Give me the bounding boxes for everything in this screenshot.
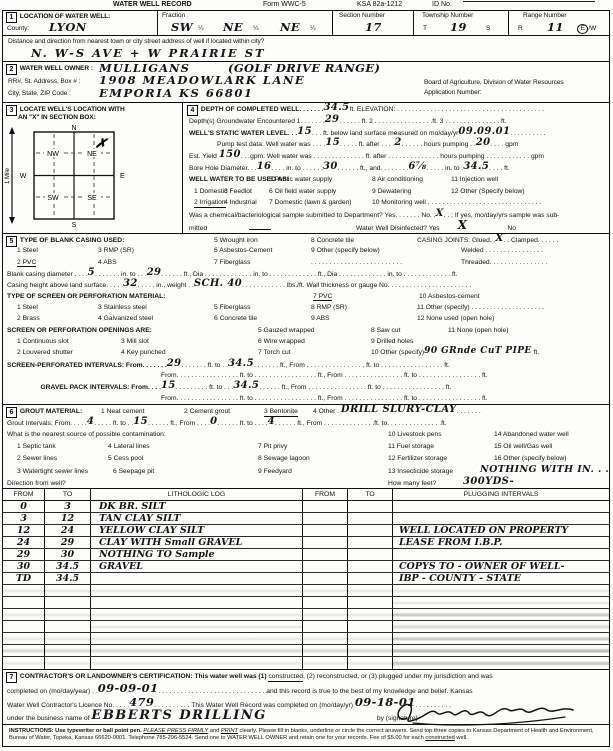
bore-to-2: 34.5 (463, 161, 489, 172)
sample-question-a: Was a chemical/bacteriological sample su… (189, 212, 436, 219)
row-7-plug: IBP - COUNTY - STATE (393, 573, 609, 584)
range-cell: Range Number R 11 E/W (509, 11, 609, 35)
bore-mid-3: . . . . . in. to . (427, 165, 464, 172)
use-option-6: 6 Oil field water supply (269, 186, 372, 198)
row-5-to: 30 (45, 549, 91, 560)
board-of-agriculture-text: Board of Agriculture, Division of Water … (424, 79, 564, 86)
pump-test-label: Pump test data: Well water was . . . . (217, 141, 325, 148)
contamination-option-11: 11 Fuel storage (388, 441, 494, 453)
pump-mid-2: . . . . . . hours pumping . . (402, 141, 476, 148)
grout-to-1: 15 (133, 416, 148, 427)
row-1-from: 0 (3, 501, 45, 512)
casing-diameter-label: Blank casing diameter . . . . (7, 271, 88, 278)
casing-joints-x: X (495, 233, 503, 244)
distance-row: Distance and direction from nearest town… (3, 35, 609, 61)
address-value: 1908 MEADOWLARK LANE (99, 73, 305, 87)
form-number: Form WWC-5 (263, 1, 306, 8)
casing-option-2-pvc-selected: 2 PVC (17, 259, 36, 268)
row-4-log: CLAY WITH Small GRAVEL (91, 537, 303, 548)
contamination-option-1: 1 Septic tank (17, 441, 108, 453)
row-2-pto (348, 513, 393, 524)
row-4-from: 24 (3, 537, 45, 548)
east-label: E (120, 173, 125, 180)
use-option-7: 7 Domestic (lawn & garden) (269, 197, 372, 209)
range-e-circled: E (577, 24, 588, 34)
grout-other-tail: . . . . . . . (457, 408, 481, 415)
certification-text-a: CONTRACTOR'S OR LANDOWNER'S CERTIFICATIO… (20, 673, 267, 680)
disinfected-yes-x: X (458, 218, 468, 232)
row-6-pto (348, 561, 393, 572)
log-row-6: 3034.5GRAVELCOPYS TO - OWNER OF WELL- (3, 561, 609, 573)
screen-option-6: 6 Concrete tile (214, 313, 311, 324)
screen-interval-to: 34.5 (228, 358, 254, 369)
section-5-casing: 5TYPE OF BLANK CASING USED:5 Wrought iro… (3, 233, 609, 404)
casing-diameter-tail: . . . . . . ft., Dia . . . . . . . . . .… (161, 271, 457, 278)
log-row-empty (3, 633, 609, 645)
est-yield-value: 150 (219, 149, 241, 160)
opening-option-7: 7 Torch cut (258, 347, 371, 358)
scanned-water-well-record: { "doc": { "title": "WATER WELL RECORD",… (0, 0, 613, 751)
screen-option-11: 11 Other (specify) . . . . . . . . . . .… (417, 302, 544, 313)
use-option-4: 4 Industrial (224, 197, 269, 209)
county-cell: 1LOCATION OF WATER WELL: County: LYON (3, 11, 158, 35)
nw-label: NW (47, 151, 59, 158)
township-label: Township Number (422, 12, 473, 19)
log-row-empty (3, 585, 609, 597)
row-5-pfrom (303, 549, 348, 560)
disinfected-label: Water Well Disinfected? Yes (356, 225, 440, 232)
bore-mid-2: . . . . . . ft., and. . . . . . . . (338, 165, 409, 172)
fraction-3-value: NE (280, 20, 300, 34)
bore-mid-1: . . . . in. to . . . . . . (271, 165, 323, 172)
casing-joints-threaded: Threaded. . . . . . . . . . . . . . . . (417, 257, 547, 268)
contamination-nothing-value: NOTHING WITH IN. . . . . . . (480, 464, 613, 475)
gravel-pack-tail: . . . . . . ft., From . . . . . . . . . … (259, 384, 451, 391)
completed-on-label: completed on (mo/day/year) . . (7, 688, 98, 695)
depth-elevation-tail: ft. ELEVATION: . . . . . . . . . . . . .… (349, 106, 543, 113)
row-5-plug (393, 549, 609, 560)
contamination-option-15: 15 Oil well/Gas well (494, 441, 552, 453)
distance-value: N. W-S AVE + W PRAIRIE ST (31, 46, 266, 60)
casing-height-value: 32 (123, 278, 138, 289)
use-heading: WELL WATER TO BE USED AS: (189, 174, 269, 186)
section-2-owner: 2WATER WELL OWNER : MULLIGANS (GOLF DRIV… (3, 61, 609, 102)
quarter-1: ¼ (198, 25, 203, 32)
row-7-log (91, 573, 303, 584)
section-3-number: 3 (6, 105, 17, 116)
county-label: County: (7, 25, 29, 32)
id-no-label: ID No. (432, 1, 452, 8)
certification-text-c: . . . . . . . . . . . . . . . . . . . . … (158, 688, 472, 695)
section-6-grout: 6GROUT MATERIAL:1 Neat cement2 Cement gr… (3, 404, 609, 488)
quarter-2: ¼ (253, 25, 258, 32)
west-label: W (20, 173, 27, 180)
opening-option-5: 5 Gauzed wrapped (258, 325, 371, 336)
south-label: S (72, 222, 77, 229)
opening-option-10: 10 Other (specify) (371, 347, 424, 358)
use-option-9: 9 Dewatering (372, 186, 451, 198)
log-row-3: 1224YELLOW CLAY SILTWELL LOCATED ON PROP… (3, 525, 609, 537)
opening-other-value: 90 GRnde CuT PIPE (424, 346, 531, 356)
grout-mid-1: . . . . . ft. to . . (94, 420, 133, 427)
log-row-empty (3, 657, 609, 669)
ne-label: NE (87, 151, 97, 158)
row-3-from: 12 (3, 525, 45, 536)
row-2-plug (393, 513, 609, 524)
instructions-text: INSTRUCTIONS: Use typewriter or ball poi… (3, 725, 609, 743)
casing-joints-welded: Welded . . . . . . . . . . . . . . . . (417, 245, 543, 256)
fraction-cell: Fraction SW ¼ NE ¼ NE ¼ (158, 11, 333, 35)
screen-option-2: 2 Brass (17, 313, 98, 324)
row-2-log: TAN CLAY SILT (91, 513, 303, 524)
instructions-constructed: constructed (425, 735, 454, 741)
log-row-5: 2930NOTHING TO Sample (3, 549, 609, 561)
section-box-diagram: 1 Mile NW NE SW (3, 124, 183, 232)
well-x-mark: ✗ (94, 134, 109, 152)
grout-tail: . . . . . . ft., From . . . . . . . . . … (275, 420, 447, 427)
disinfected-no-label: No (507, 225, 516, 232)
screen-interval-from: 29 (167, 358, 182, 369)
row-4-pto (348, 537, 393, 548)
range-r: R (518, 25, 523, 32)
casing-option-3: 3 RMP (SR) (98, 245, 214, 256)
contamination-option-14: 14 Abandoned water well (494, 429, 569, 441)
casing-other-dots: . . . . . . . . . . . . . . . . . . . . … (311, 257, 417, 268)
completed-on-date: 09-09-01 (98, 681, 159, 695)
bore-diameter-1: 16 (257, 161, 272, 172)
county-value: LYON (49, 20, 87, 34)
screen-option-10: 10 Asbestos-cement (419, 291, 480, 302)
distance-label: Distance and direction from nearest town… (8, 38, 264, 45)
gravel-pack-mid: . . . . . . . . . ft. to . . . (176, 384, 234, 391)
use-option-8: 8 Air conditioning (372, 174, 451, 186)
section-4-depth: 4DEPTH OF COMPLETED WELL. . . . . . .34.… (184, 103, 611, 234)
instructions-c: and (208, 728, 221, 734)
how-many-feet-value: 300YDS- (463, 476, 514, 487)
signature-scrawl (393, 696, 583, 726)
static-level-value: 15 (297, 126, 312, 137)
casing-joints-clamped: . . Clamped. . . . . . (504, 237, 559, 244)
header-lithologic-log: LITHOLOGIC LOG (91, 489, 303, 500)
mile-arrow-top (9, 127, 15, 134)
screen-option-4: 4 Galvanized steel (98, 313, 214, 324)
row-7-pto (348, 573, 393, 584)
casing-weight-value: SCH. 40 (194, 278, 242, 289)
form-page: WATER WELL RECORD Form WWC-5 KSA 82a-121… (0, 0, 613, 751)
opening-option-6: 6 Wire wrapped (258, 336, 371, 347)
business-name-label: under the business name of (7, 715, 90, 722)
range-value: 11 (547, 20, 564, 34)
row-3-log: YELLOW CLAY SILT (91, 525, 303, 536)
header-from-left: FROM (3, 489, 45, 500)
row-1-plug (393, 501, 609, 512)
screen-option-5: 5 Fiberglass (214, 302, 311, 313)
casing-weight-label: . . . . . in., weight . . (138, 282, 194, 289)
casing-diameter-value: 5 (88, 267, 95, 278)
groundwater-1-value: 29 (325, 114, 340, 125)
screen-interval-tail: . . . . . . . ft., From . . . . . . . . … (254, 362, 450, 369)
opening-other-unit: ft. (533, 349, 539, 356)
screen-option-8: 8 RMP (SR) (311, 302, 417, 313)
static-level-label: WELL'S STATIC WATER LEVEL. . . (189, 130, 297, 137)
grout-heading: GROUT MATERIAL: (20, 408, 82, 415)
row-6-plug: COPYS TO - OWNER OF WELL- (393, 561, 609, 572)
instructions-g: well. (455, 735, 468, 741)
certification-text-b: , (2) reconstructed, or (3) plugged unde… (303, 673, 493, 680)
screen-option-1: 1 Steel (17, 302, 98, 313)
row-1-pto (348, 501, 393, 512)
gravel-pack-row-2: From. . . . . . . . . . . . . . . . . ft… (161, 395, 488, 402)
row-5-from: 29 (3, 549, 45, 560)
opening-option-2: 2 Louvered shutter (17, 347, 121, 358)
contamination-option-8: 8 Sewage lagoon (258, 453, 388, 465)
grout-intervals-label: Grout Intervals: From. . . . . (7, 420, 87, 427)
bore-to-1: 30 (323, 161, 338, 172)
grout-from-1: 4 (87, 416, 94, 427)
screen-option-12: 12 None used (open hole) (417, 313, 494, 324)
static-level-mid: . . . ft. below land surface measured on… (312, 130, 458, 137)
section-7-number: 7 (6, 672, 17, 683)
casing-option-7: 7 Fiberglass (214, 257, 311, 268)
casing-height-tail: . . . . . . . . . . . . lbs./ft. Wall th… (242, 282, 471, 289)
opening-option-3: 3 Mill slot (121, 336, 258, 347)
row-7-from: TD (3, 573, 45, 584)
section-1-number: 1 (6, 12, 17, 23)
contamination-option-4: 4 Lateral lines (108, 441, 258, 453)
gravel-pack-to: 34.5 (233, 380, 259, 391)
se-label: SE (87, 195, 97, 202)
row-6-to: 34.5 (45, 561, 91, 572)
bore-tail: . . . . ft. (489, 165, 509, 172)
section-3-heading-2: AN "X" IN SECTION BOX: (18, 114, 96, 121)
section-1-heading: LOCATION OF WATER WELL: (20, 13, 111, 20)
fraction-1-value: SW (171, 20, 193, 34)
instructions-press-firmly: PLEASE PRESS FIRMLY (143, 728, 208, 734)
grout-other-value: DRILL SLURY-CLAY (341, 404, 457, 415)
gravel-pack-from: 15 (161, 380, 176, 391)
grout-to-2: 4 (268, 416, 275, 427)
row-1-log: DK BR. SILT (91, 501, 303, 512)
row-4-pfrom (303, 537, 348, 548)
city-value: EMPORIA KS 66801 (99, 86, 253, 100)
section-3-locate: 3LOCATE WELL'S LOCATION WITH AN "X" IN S… (3, 103, 183, 234)
lithologic-log-table: FROM TO LITHOLOGIC LOG FROM TO PLUGGING … (3, 488, 609, 669)
log-row-empty (3, 597, 609, 609)
row-7-pfrom (303, 573, 348, 584)
casing-option-6: 6 Asbestos-Cement (214, 245, 311, 256)
form-body: 1LOCATION OF WATER WELL: County: LYON Fr… (2, 10, 610, 747)
constructed-underlined: constructed (268, 673, 303, 682)
pump-hours-value: 2 (394, 137, 401, 148)
opening-option-8: 8 Saw cut (371, 325, 448, 336)
casing-diameter-to: 29 (147, 267, 162, 278)
section-number-cell: Section Number 17 (333, 11, 414, 35)
header-from-right: FROM (303, 489, 348, 500)
city-label: City, State, ZIP Code : (8, 90, 71, 97)
grout-mid-2: . . . . . . ft., From . . . . (148, 420, 210, 427)
section-number-label: Section Number (339, 12, 385, 19)
depth-completed-label: DEPTH OF COMPLETED WELL. . . . . . . (201, 106, 324, 113)
sample-no-x: X (436, 208, 444, 219)
header-to-right: TO (348, 489, 393, 500)
static-tail: . . . . . . . . . . (510, 130, 545, 137)
contamination-option-12: 12 Fertilizer storage (388, 453, 494, 465)
casing-height-label: Casing height above land surface. . . . … (7, 282, 123, 289)
contamination-option-5: 5 Cess pool (108, 453, 258, 465)
use-option-2-irrigation-selected: 2 Irrigation (194, 199, 226, 208)
groundwater-label: Depth(s) Groundwater Encountered 1. . . … (189, 118, 325, 125)
row-6-from: 30 (3, 561, 45, 572)
table-header-row: FROM TO LITHOLOGIC LOG FROM TO PLUGGING … (3, 489, 609, 501)
depth-completed-value: 34.5 (324, 102, 350, 113)
id-no-blank-line (463, 1, 595, 2)
row-1-to: 3 (45, 501, 91, 512)
row-5-log: NOTHING TO Sample (91, 549, 303, 560)
grout-from-2: 0 (210, 416, 217, 427)
openings-heading: SCREEN OR PERFORATION OPENINGS ARE: (7, 325, 258, 336)
use-option-3: 3 Feedlot (224, 186, 269, 198)
header-to-left: TO (45, 489, 91, 500)
screen-option-7-pvc-selected: 7 PVC (313, 293, 332, 302)
contamination-heading: What is the nearest source of possible c… (7, 429, 388, 441)
est-yield-tail: . . .gpm: Well water was . . . . . . . .… (241, 153, 544, 160)
screen-option-9: 9 ABS (311, 313, 417, 324)
row-7-to: 34.5 (45, 573, 91, 584)
log-row-7: TD34.5IBP - COUNTY - STATE (3, 573, 609, 585)
range-ew: E/W (577, 24, 596, 34)
section-1-location: 1LOCATION OF WATER WELL: County: LYON Fr… (3, 11, 609, 35)
township-cell: Township Number T 19 S (414, 11, 509, 35)
screen-option-3: 3 Stainless steel (98, 302, 214, 313)
licence-no-value: 479 (129, 695, 154, 709)
grout-mid-3: . . . . . . ft. to . . . . (217, 420, 267, 427)
section-7-certification: 7CONTRACTOR'S OR LANDOWNER'S CERTIFICATI… (3, 669, 609, 724)
use-option-12: 12 Other (Specify below) (451, 186, 525, 198)
row-6-pfrom (303, 561, 348, 572)
application-number-label: Application Number: (424, 89, 481, 96)
statute-ref: KSA 82a-1212 (357, 1, 402, 8)
row-3-pfrom (303, 525, 348, 536)
north-label: N (71, 125, 76, 132)
pump-depth-value: 15 (325, 137, 340, 148)
contamination-option-2: 2 Sewer lines (17, 453, 108, 465)
row-3-plug: WELL LOCATED ON PROPERTY (393, 525, 609, 536)
business-name-value: EBBERTS DRILLING (91, 708, 266, 723)
bore-diameter-2: 6⅞ (408, 161, 426, 172)
use-option-1: 1 Domestic (194, 186, 224, 198)
pump-gpm-value: 20 (476, 137, 491, 148)
log-row-empty (3, 609, 609, 621)
mile-label: 1 Mile (5, 167, 11, 184)
township-s: S (486, 25, 490, 32)
sw-label: SW (47, 195, 59, 202)
row-2-to: 12 (45, 513, 91, 524)
row-2-from: 3 (3, 513, 45, 524)
opening-option-11: 11 None (open hole) (448, 325, 508, 336)
fraction-2-value: NE (223, 20, 243, 34)
use-option-5: 5 Public water supply (269, 174, 372, 186)
screen-interval-mid: . . . . . . . ft. to . . (182, 362, 228, 369)
screen-material-heading: TYPE OF SCREEN OR PERFORATION MATERIAL: (7, 291, 313, 302)
section-3-heading-1: LOCATE WELL'S LOCATION WITH (20, 106, 125, 113)
opening-option-9: 9 Drilled holes (371, 336, 413, 347)
pump-tail: . . . . gpm (490, 141, 518, 148)
section-3-4-band: 3LOCATE WELL'S LOCATION WITH AN "X" IN S… (3, 102, 609, 233)
bore-diameter-label: Bore Hole Diameter. . . (189, 165, 257, 172)
township-value: 19 (450, 20, 467, 34)
header-plugging-intervals: PLUGGING INTERVALS (393, 489, 609, 500)
groundwater-tail: . . . . . . ft. 2 . . . . . . . . . . . … (339, 118, 506, 125)
range-label: Range Number (523, 12, 567, 19)
range-w: /W (588, 25, 596, 32)
log-row-empty (3, 645, 609, 657)
blank-casing-heading: TYPE OF BLANK CASING USED: (20, 237, 124, 244)
casing-option-9: 9 Other (specify below) (311, 245, 417, 256)
row-4-plug: LEASE FROM I.B.P. (393, 537, 609, 548)
pump-mid-1: . . . . . ft. after . . . . (340, 141, 394, 148)
form-title-bar: WATER WELL RECORD Form WWC-5 KSA 82a-121… (0, 0, 613, 10)
address-label: RR#, St. Address, Box # : (8, 78, 80, 85)
row-1-pfrom (303, 501, 348, 512)
instructions-box: INSTRUCTIONS: Use typewriter or ball poi… (3, 724, 609, 748)
owner-label: WATER WELL OWNER : (20, 65, 93, 72)
form-title: WATER WELL RECORD (113, 1, 192, 8)
casing-diameter-mid: . . . . . . . in. to . . . (95, 271, 147, 278)
log-row-empty (3, 621, 609, 633)
quarter-3: ¼ (310, 25, 315, 32)
section-number-value: 17 (365, 20, 382, 34)
row-3-to: 24 (45, 525, 91, 536)
screen-intervals-row-2: From. . . . . . . . . . . . . . . . . ft… (161, 372, 488, 379)
est-yield-label: Est. Yield (189, 153, 217, 160)
log-row-4: 2429CLAY WITH Small GRAVELLEASE FROM I.B… (3, 537, 609, 549)
row-3-pto (348, 525, 393, 536)
contamination-option-10: 10 Livestock pens (388, 429, 494, 441)
mile-arrow-bottom (9, 217, 15, 224)
row-4-to: 29 (45, 537, 91, 548)
contamination-option-7: 7 Pit privy (258, 441, 388, 453)
row-2-pfrom (303, 513, 348, 524)
instructions-print: PRINT (221, 728, 238, 734)
section-2-number: 2 (6, 64, 17, 75)
row-5-pto (348, 549, 393, 560)
use-option-10: 10 Monitoring well . . . . . . . . . . .… (372, 197, 541, 209)
static-measured-date: 09.09.01 (458, 126, 510, 137)
casing-option-1: 1 Steel (17, 245, 98, 256)
log-row-2: 312TAN CLAY SILT (3, 513, 609, 525)
row-6-log: GRAVEL (91, 561, 303, 572)
fraction-label: Fraction (162, 12, 185, 19)
township-t: T (423, 25, 427, 32)
log-row-1: 03DK BR. SILT (3, 501, 609, 513)
instructions-a: INSTRUCTIONS: Use typewriter or ball poi… (9, 728, 143, 734)
use-option-11: 11 Injection well (451, 174, 498, 186)
opening-option-1: 1 Continuous slot (17, 336, 121, 347)
screen-intervals-label: SCREEN-PERFORATED INTERVALS: From. . . .… (7, 362, 167, 369)
